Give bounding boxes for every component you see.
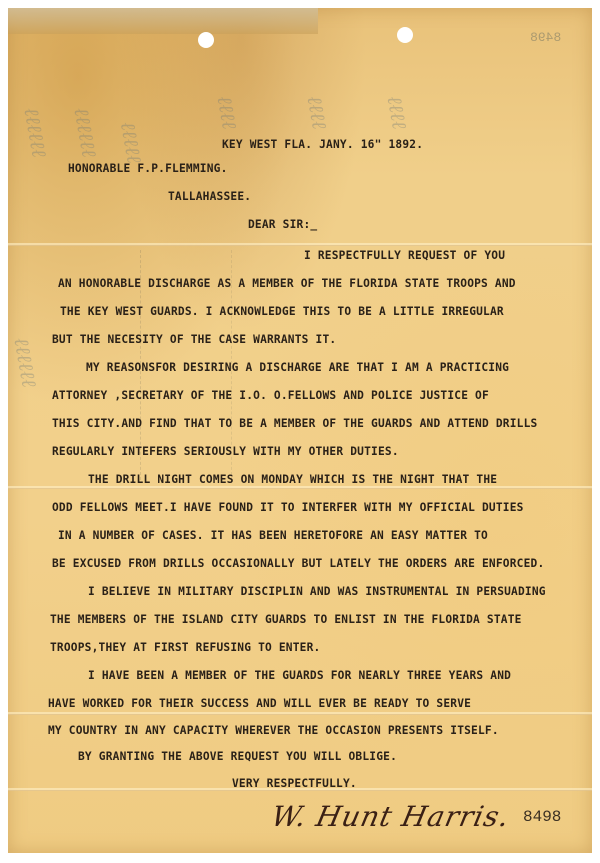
fold-crease-top — [8, 243, 592, 246]
body-line: ODD FELLOWS MEET.I HAVE FOUND IT TO INTE… — [52, 501, 524, 514]
body-line: BE EXCUSED FROM DRILLS OCCASIONALLY BUT … — [52, 557, 544, 570]
body-line: I BELIEVE IN MILITARY DISCIPLIN AND WAS … — [88, 585, 546, 598]
punch-hole-right — [397, 27, 413, 43]
body-line: I RESPECTFULLY REQUEST OF YOU — [304, 249, 505, 262]
body-line: I HAVE BEEN A MEMBER OF THE GUARDS FOR N… — [88, 669, 511, 682]
dateline: KEY WEST FLA. JANY. 16" 1892. — [222, 138, 423, 151]
body-line: THIS CITY.AND FIND THAT TO BE A MEMBER O… — [52, 417, 537, 430]
fold-crease-lower — [8, 712, 592, 715]
body-line: BY GRANTING THE ABOVE REQUEST YOU WILL O… — [78, 750, 397, 763]
body-line: MY REASONSFOR DESIRING A DISCHARGE ARE T… — [86, 361, 509, 374]
document-number: 8498 — [523, 808, 561, 826]
addressee-city: TALLAHASSEE. — [168, 190, 251, 203]
body-line: THE KEY WEST GUARDS. I ACKNOWLEDGE THIS … — [60, 305, 504, 318]
body-line: BUT THE NECESITY OF THE CASE WARRANTS IT… — [52, 333, 336, 346]
body-line: AN HONORABLE DISCHARGE AS A MEMBER OF TH… — [58, 277, 516, 290]
closing: VERY RESPECTFULLY. — [232, 777, 357, 790]
body-line: TROOPS,THEY AT FIRST REFUSING TO ENTER. — [50, 641, 320, 654]
addressee-name: HONORABLE F.P.FLEMMING. — [68, 162, 228, 175]
body-line: IN A NUMBER OF CASES. IT HAS BEEN HERETO… — [58, 529, 488, 542]
body-line: THE DRILL NIGHT COMES ON MONDAY WHICH IS… — [88, 473, 497, 486]
body-line: THE MEMBERS OF THE ISLAND CITY GUARDS TO… — [50, 613, 522, 626]
stained-tape-strip — [8, 8, 318, 34]
punch-hole-left — [198, 32, 214, 48]
body-line: MY COUNTRY IN ANY CAPACITY WHEREVER THE … — [48, 724, 499, 737]
body-line: HAVE WORKED FOR THEIR SUCCESS AND WILL E… — [48, 697, 471, 710]
fold-crease-middle — [8, 486, 592, 489]
bleed-through-number: 8498 — [530, 30, 561, 45]
salutation: DEAR SIR:_ — [248, 218, 317, 231]
body-line: ATTORNEY ,SECRETARY OF THE I.O. O.FELLOW… — [52, 389, 489, 402]
body-line: REGULARLY INTEFERS SERIOUSLY WITH MY OTH… — [52, 445, 399, 458]
handwritten-signature: W. Hunt Harris. — [268, 800, 512, 833]
